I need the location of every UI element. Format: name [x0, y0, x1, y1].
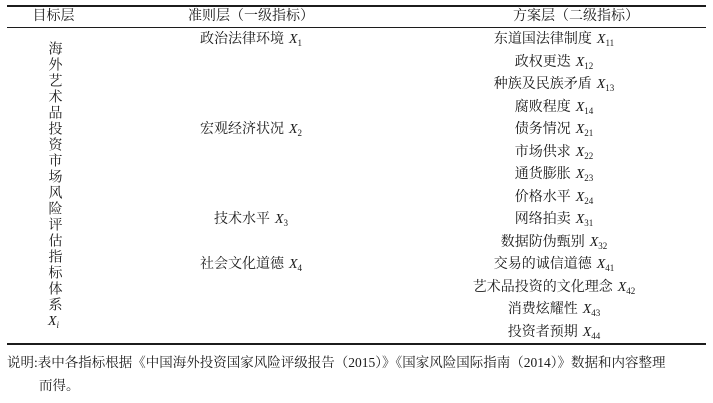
indicator-cell: 交易的诚信道德X41	[402, 253, 706, 276]
criterion-cell: 宏观经济状况X2	[100, 118, 402, 141]
indicator-variable: X14	[576, 100, 594, 115]
indicator-cell: 种族及民族矛盾X13	[402, 73, 706, 96]
indicator-text: 市场供求	[515, 145, 571, 160]
indicator-text: 网络拍卖	[515, 212, 571, 227]
criterion-text: 宏观经济状况	[200, 122, 284, 137]
indicator-variable: X43	[583, 302, 601, 317]
indicator-text: 东道国法律制度	[494, 32, 592, 47]
indicator-table: 目标层 准则层（一级指标） 方案层（二级指标） 海外艺术品投资市场风险评估指标体…	[7, 5, 706, 345]
indicator-cell: 价格水平X24	[402, 186, 706, 209]
indicator-variable: X22	[576, 145, 594, 160]
indicator-variable: X12	[576, 55, 594, 70]
note-prefix: 说明:	[7, 355, 38, 370]
indicator-text: 政权更迭	[515, 55, 571, 70]
indicator-variable: X41	[597, 257, 615, 272]
indicator-text: 交易的诚信道德	[494, 257, 592, 272]
criterion-text: 政治法律环境	[200, 32, 284, 47]
indicator-variable: X23	[576, 167, 594, 182]
target-layer-cell: 海外艺术品投资市场风险评估指标体系 Xi	[7, 28, 100, 343]
indicator-text: 通货膨胀	[515, 167, 571, 182]
indicator-cell: 腐败程度X14	[402, 96, 706, 119]
header-target-layer: 目标层	[7, 7, 100, 27]
table-body: 海外艺术品投资市场风险评估指标体系 Xi 政治法律环境X1 宏观经济状况X2 技…	[7, 28, 706, 343]
indicator-cell: 投资者预期X44	[402, 321, 706, 344]
indicator-cell: 艺术品投资的文化理念X42	[402, 276, 706, 299]
indicator-variable: X32	[590, 235, 608, 250]
paper-table-page: 目标层 准则层（一级指标） 方案层（二级指标） 海外艺术品投资市场风险评估指标体…	[0, 0, 713, 403]
criterion-cell: 技术水平X3	[100, 208, 402, 231]
indicator-variable: X24	[576, 190, 594, 205]
indicator-cell: 市场供求X22	[402, 141, 706, 164]
indicator-text: 价格水平	[515, 190, 571, 205]
indicator-variable: X44	[583, 325, 601, 340]
indicator-variable: X31	[576, 212, 594, 227]
indicator-variable: X11	[597, 32, 614, 47]
criterion-variable: X1	[289, 32, 302, 47]
indicator-variable: X13	[597, 77, 615, 92]
table-header-row: 目标层 准则层（一级指标） 方案层（二级指标）	[7, 7, 706, 27]
indicator-text: 数据防伪甄别	[501, 235, 585, 250]
indicator-cell: 通货膨胀X23	[402, 163, 706, 186]
indicator-text: 腐败程度	[515, 100, 571, 115]
criterion-cell: 政治法律环境X1	[100, 28, 402, 51]
indicator-text: 艺术品投资的文化理念	[473, 280, 613, 295]
indicator-cell: 东道国法律制度X11	[402, 28, 706, 51]
note-line-1: 说明:表中各指标根据《中国海外投资国家风险评级报告（2015）》《国家风险国际指…	[7, 351, 713, 374]
criterion-variable: X2	[289, 122, 302, 137]
criterion-cell: 社会文化道德X4	[100, 253, 402, 276]
target-layer-text: 海外艺术品投资市场风险评估指标体系	[47, 41, 61, 313]
note-text: 表中各指标根据《中国海外投资国家风险评级报告（2015）》《国家风险国际指南（2…	[38, 355, 666, 370]
header-criterion-layer: 准则层（一级指标）	[100, 7, 402, 27]
table-note: 说明:表中各指标根据《中国海外投资国家风险评级报告（2015）》《国家风险国际指…	[7, 351, 713, 397]
indicator-cell: 债务情况X21	[402, 118, 706, 141]
indicator-text: 种族及民族矛盾	[494, 77, 592, 92]
indicator-cell: 数据防伪甄别X32	[402, 231, 706, 254]
header-scheme-layer: 方案层（二级指标）	[402, 7, 706, 27]
indicator-text: 债务情况	[515, 122, 571, 137]
indicator-text: 投资者预期	[508, 325, 578, 340]
criterion-variable: X3	[275, 212, 288, 227]
indicator-cell: 网络拍卖X31	[402, 208, 706, 231]
criterion-variable: X4	[289, 257, 302, 272]
criterion-text: 社会文化道德	[200, 257, 284, 272]
indicator-cell: 消费炫耀性X43	[402, 298, 706, 321]
indicator-text: 消费炫耀性	[508, 302, 578, 317]
target-layer-variable: Xi	[48, 314, 59, 330]
indicator-cell: 政权更迭X12	[402, 51, 706, 74]
criterion-text: 技术水平	[214, 212, 270, 227]
indicator-variable: X42	[618, 280, 636, 295]
indicator-variable: X21	[576, 122, 594, 137]
note-line-2: 而得。	[39, 374, 713, 397]
